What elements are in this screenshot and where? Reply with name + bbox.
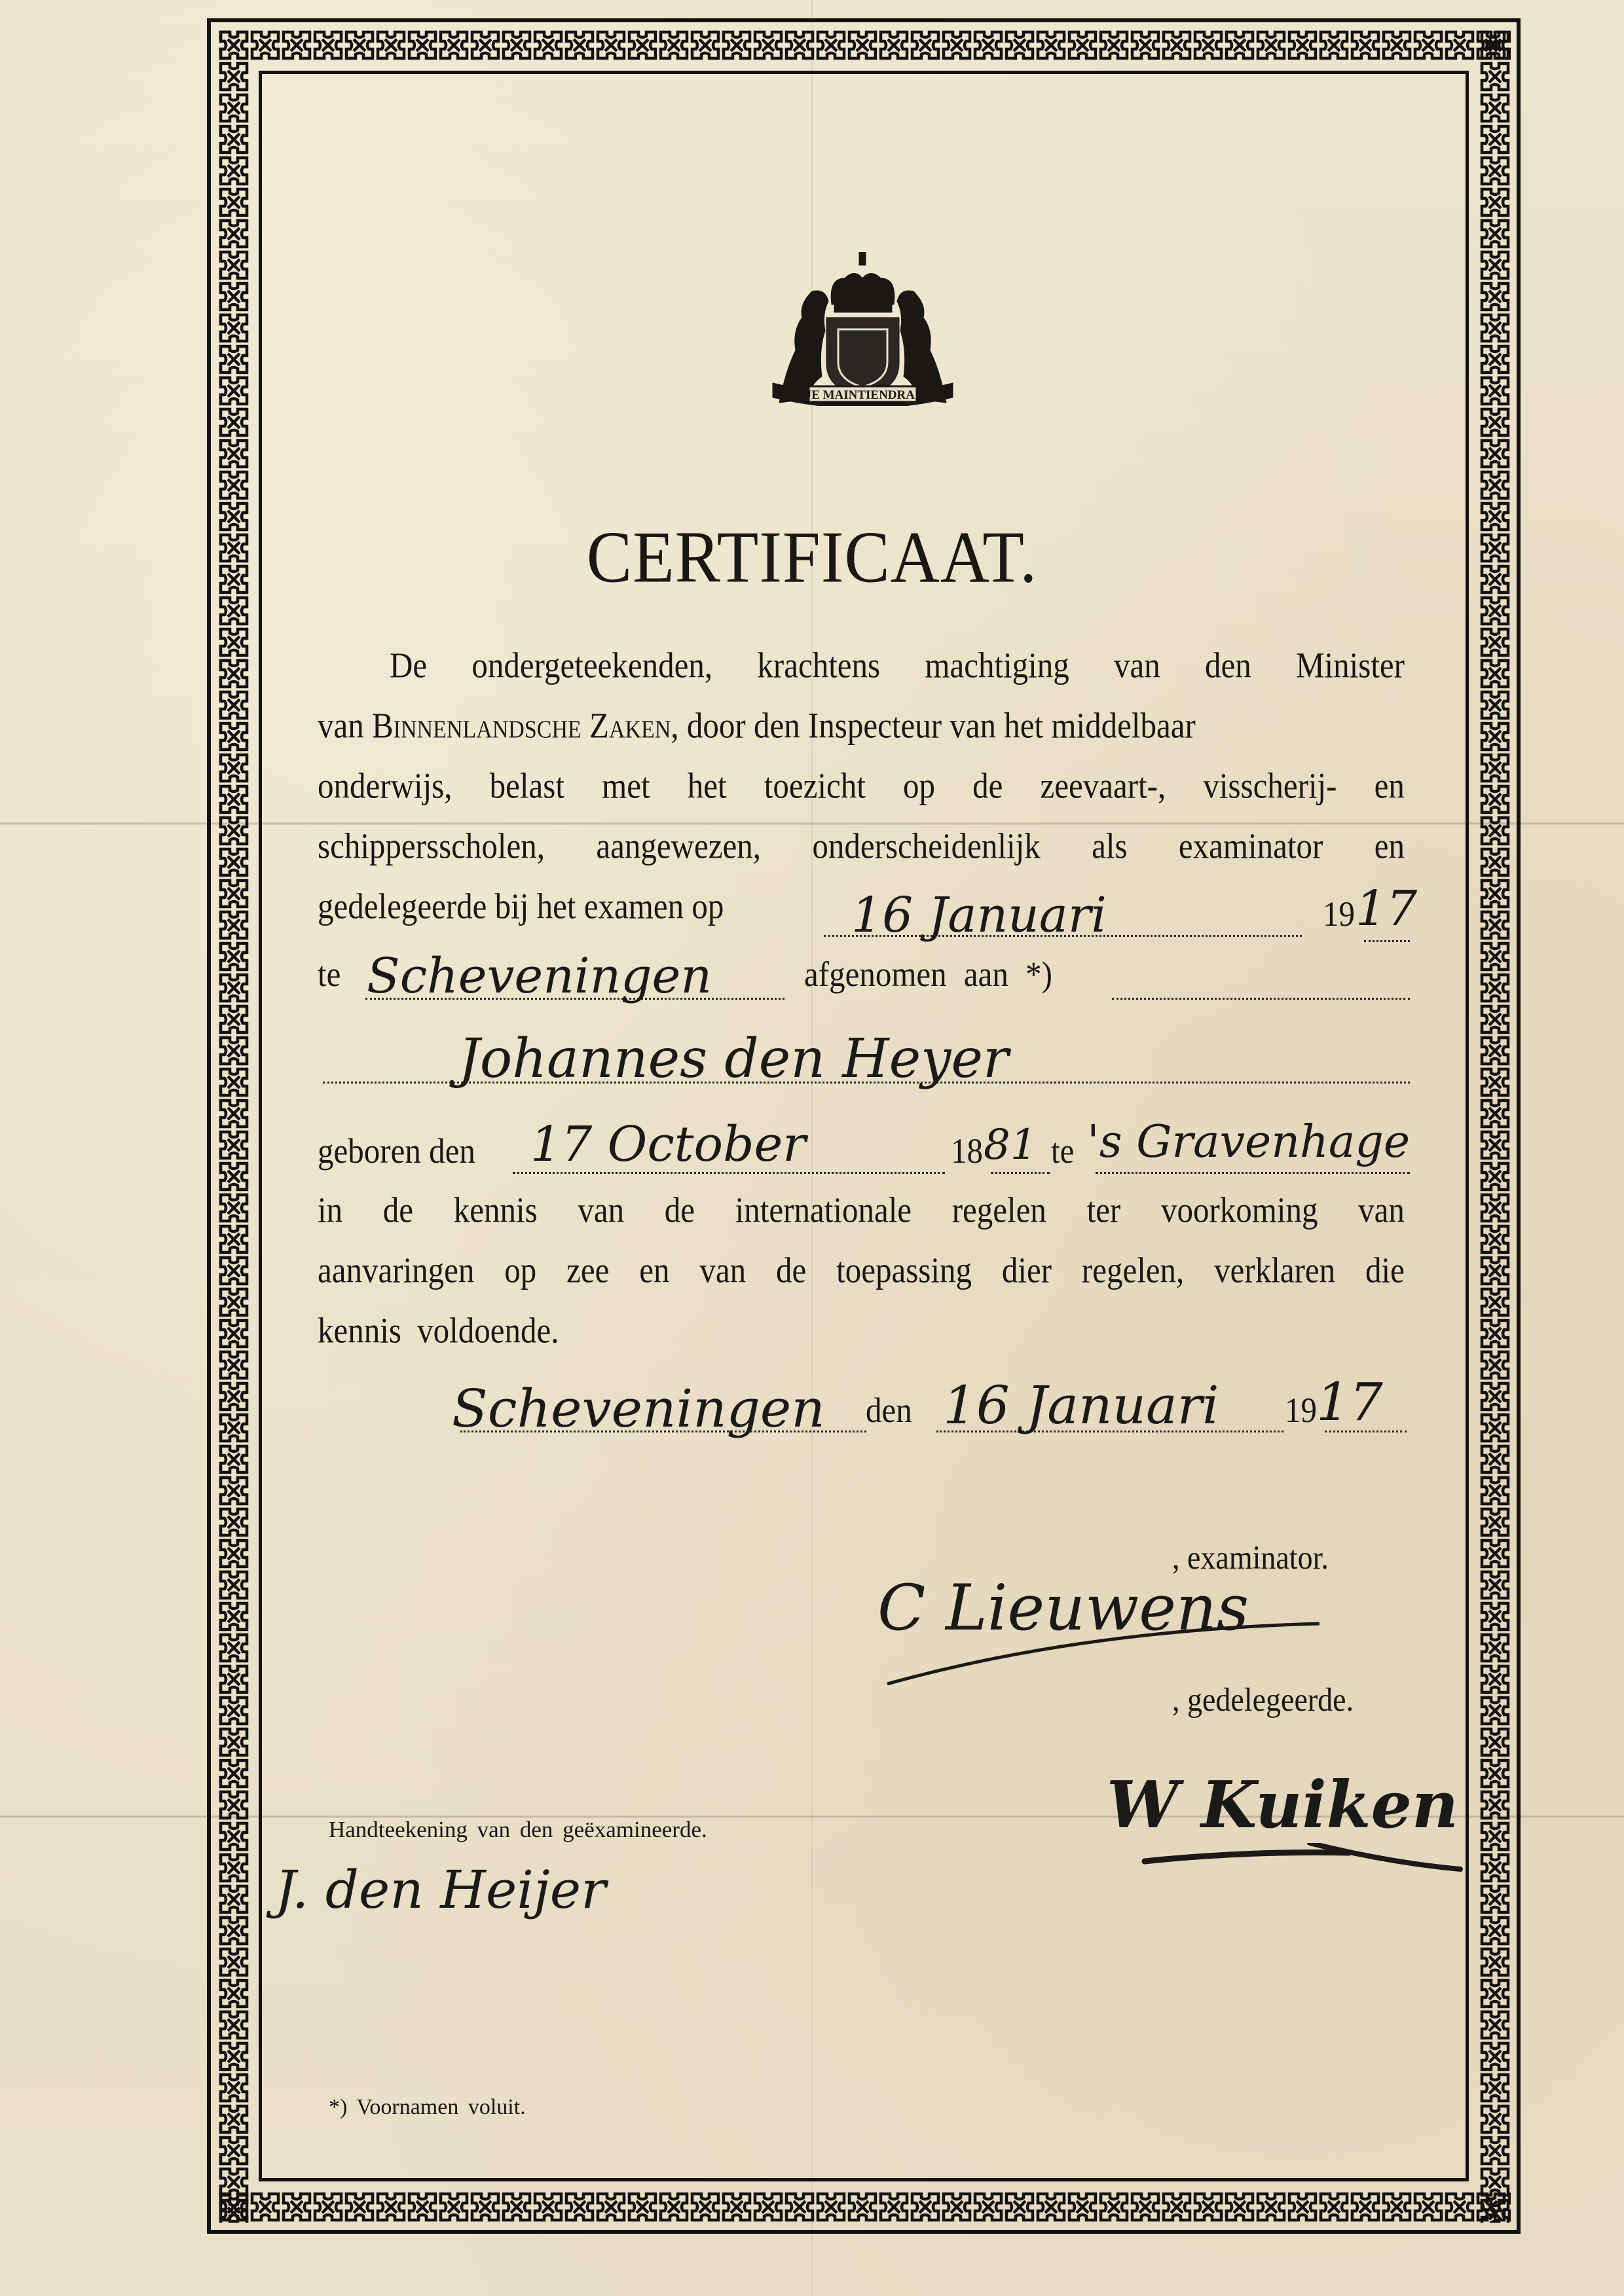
handwritten-issue-place: Scheveningen — [452, 1378, 825, 1439]
body-line-2: van Binnenlandsche Zaken, door den Inspe… — [318, 704, 1405, 748]
body-line-11: kennis voldoende. — [318, 1309, 1405, 1353]
geboren-label: geboren den — [318, 1130, 475, 1171]
birth-year-prefix: 18 — [951, 1130, 983, 1171]
handwritten-candidate-name: Johannes den Heyer — [458, 1028, 1008, 1090]
border-ornament-right — [1479, 29, 1511, 2223]
certificate-title: CERTIFICAAT. — [0, 521, 1624, 594]
issue-year-prefix: 19 — [1285, 1389, 1317, 1430]
afgenomen-label: afgenomen aan *) — [804, 953, 1052, 994]
border-ornament-left — [218, 29, 249, 2223]
body-line-9: indekennisvandeinternationaleregelenterv… — [318, 1188, 1405, 1232]
body-line-3: onderwijs,belastmethettoezichtopdezeevaa… — [318, 764, 1405, 808]
body-line-4: schippersscholen,aangewezen,onderscheide… — [318, 824, 1405, 868]
candidate-signature: J. den Heijer — [275, 1859, 606, 1920]
te-label: te — [318, 953, 341, 994]
footnote: *) Voornamen voluit. — [329, 2095, 526, 2120]
handwritten-issue-date: 16 Januari — [943, 1375, 1219, 1436]
birth-te-label: te — [1051, 1130, 1074, 1171]
exam-year-field — [1364, 940, 1410, 942]
gedelegeerde-signature-underline — [1113, 1843, 1467, 1882]
issue-den-label: den — [866, 1389, 912, 1430]
gedelegeerde-label: , gedelegeerde. — [1172, 1681, 1354, 1719]
handwritten-exam-place: Scheveningen — [367, 948, 712, 1004]
candidate-name-field-start — [1112, 998, 1410, 1000]
examinator-signature-flourish — [884, 1611, 1323, 1689]
handwritten-exam-date: 16 Januari — [851, 887, 1107, 943]
ministry-name: Binnenlandsche Zaken — [372, 705, 671, 746]
body-line-1: Deondergeteekenden,krachtensmachtigingva… — [390, 644, 1405, 687]
svg-text:JE MAINTIENDRAI: JE MAINTIENDRAI — [805, 388, 920, 402]
gedelegeerde-signature: W Kuiken — [1107, 1768, 1458, 1843]
handwritten-birth-date: 17 October — [530, 1116, 806, 1173]
birth-place-field — [1096, 1172, 1410, 1174]
border-ornament-bottom — [218, 2191, 1511, 2223]
coat-of-arms-icon: JE MAINTIENDRAI — [766, 252, 959, 406]
handwritten-birth-place: 's Gravenhage — [1087, 1116, 1410, 1168]
body-line-10: aanvaringenopzeeenvandetoepassingdierreg… — [318, 1248, 1405, 1292]
handwritten-exam-year: 17 — [1356, 881, 1417, 937]
border-ornament-top — [218, 29, 1511, 61]
handwritten-birth-year: 81 — [984, 1121, 1037, 1169]
exam-year-prefix: 19 — [1323, 893, 1355, 934]
candidate-signature-label: Handteekening van den geëxamineerde. — [329, 1817, 707, 1843]
birth-year-field — [991, 1172, 1050, 1174]
handwritten-issue-year: 17 — [1316, 1372, 1383, 1432]
